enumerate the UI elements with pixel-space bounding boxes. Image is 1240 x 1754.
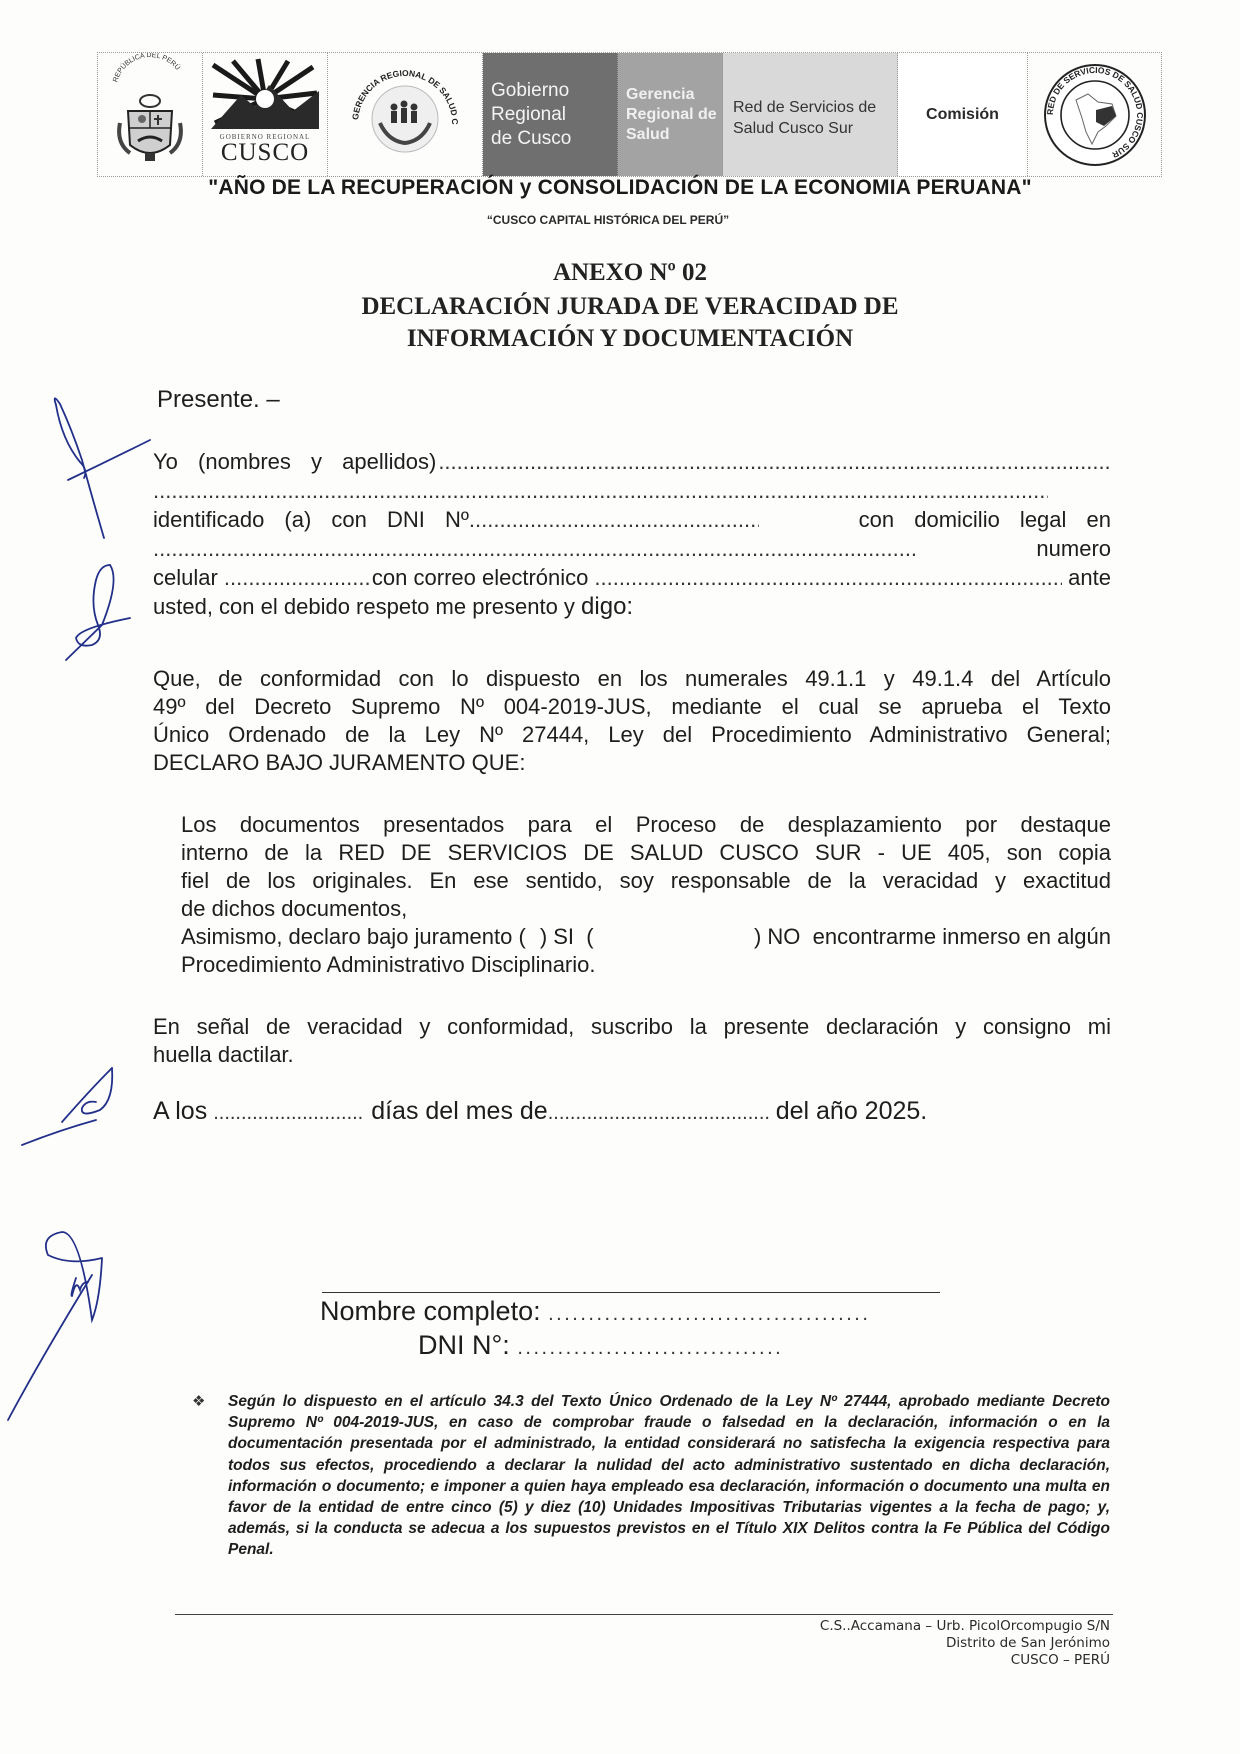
closing-line: usted, con el debido respeto me presento… — [153, 592, 1111, 621]
red-salud-seal-icon: RED DE SERVICIOS DE SALUD CUSCO SUR — [1040, 60, 1150, 170]
date-line: A los ..................................… — [153, 1097, 927, 1126]
full-name-field[interactable]: ........................................ — [548, 1303, 870, 1325]
pad-si-checkbox[interactable] — [526, 922, 540, 950]
signature-dni-field[interactable]: ................................. — [517, 1337, 783, 1359]
gerencia-regional-salud-logo: GERENCIA REGIONAL DE SALUD CUSCO — [328, 53, 483, 176]
name-label: Yo (nombres y apellidos) — [153, 447, 436, 476]
letterhead: REPÚBLICA DEL PERÚ GOBIERNO REGIONAL — [97, 52, 1162, 177]
declaration-paragraph: Los documentos presentados para el Proce… — [181, 810, 1111, 978]
conformity-paragraph: En señal de veracidad y conformidad, sus… — [153, 1012, 1111, 1068]
email-field[interactable]: ........................................… — [594, 563, 1062, 592]
gore-big-label: CUSCO — [203, 139, 327, 167]
pad-no-checkbox[interactable] — [594, 922, 608, 950]
address-label: con domicilio legal en — [759, 505, 1111, 534]
health-hands-emblem-icon: GERENCIA REGIONAL DE SALUD CUSCO — [328, 53, 482, 176]
svg-text:REPÚBLICA DEL PERÚ: REPÚBLICA DEL PERÚ — [112, 53, 182, 83]
pad-statement: Asimismo, declaro bajo juramento ( ) SI … — [181, 922, 1111, 950]
name-field[interactable]: ........................................… — [438, 447, 1111, 476]
month-field[interactable]: ........................................… — [548, 1102, 770, 1125]
signature-line[interactable] — [322, 1292, 940, 1293]
email-label: con correo electrónico — [372, 563, 588, 592]
dni-field[interactable]: ........................................… — [469, 505, 759, 534]
dni-label: identificado (a) con DNI Nº — [153, 505, 469, 534]
city-motto: “CUSCO CAPITAL HISTÓRICA DEL PERÚ” — [0, 213, 1228, 227]
gobierno-regional-cusco-logo: GOBIERNO REGIONAL CUSCO — [203, 53, 328, 176]
document-title: DECLARACIÓN JURADA DE VERACIDAD DE INFOR… — [10, 291, 1240, 355]
annex-number: ANEXO Nº 02 — [10, 259, 1240, 287]
signature-name-row: Nombre completo: .......................… — [320, 1296, 870, 1327]
phone-label-part2: celular — [153, 563, 224, 592]
name-field-continuation[interactable]: ........................................… — [153, 476, 1048, 505]
red-servicios-label: Red de Servicios de Salud Cusco Sur — [723, 53, 898, 176]
gerencia-regional-label: Gerencia Regional de Salud — [618, 53, 723, 176]
phone-field[interactable]: ........................................… — [224, 563, 372, 592]
signature-dni-row: DNI N°: ................................… — [418, 1330, 783, 1361]
legal-footnote: Según lo dispuesto en el artículo 34.3 d… — [228, 1391, 1110, 1561]
initials-ink-icon — [8, 398, 150, 1420]
personal-data-block: Yo (nombres y apellidos) ...............… — [153, 447, 1111, 621]
footer-address: C.S..Accamana – Urb. PicolOrcompugio S/N… — [820, 1618, 1110, 1669]
gobierno-regional-label: Gobierno Regional de Cusco — [483, 53, 618, 176]
phone-label-part1: numero — [918, 534, 1111, 563]
day-field[interactable]: ..................................... — [213, 1102, 365, 1125]
legal-basis-paragraph: Que, de conformidad con lo dispuesto en … — [153, 664, 1111, 776]
footer-divider — [175, 1614, 1113, 1615]
year-motto: "AÑO DE LA RECUPERACIÓN y CONSOLIDACIÓN … — [0, 176, 1240, 200]
escudo-peru-logo: REPÚBLICA DEL PERÚ — [98, 53, 203, 176]
diamond-bullet-icon: ❖ — [192, 1392, 205, 1410]
salutation: Presente. – — [157, 385, 280, 414]
address-field[interactable]: ........................................… — [153, 534, 918, 563]
sunburst-mountain-icon — [203, 55, 327, 133]
ante-label: ante — [1068, 563, 1111, 592]
coat-of-arms-icon: REPÚBLICA DEL PERÚ — [98, 53, 202, 176]
red-salud-seal-logo: RED DE SERVICIOS DE SALUD CUSCO SUR — [1028, 53, 1161, 176]
comision-label: Comisión — [898, 53, 1028, 176]
